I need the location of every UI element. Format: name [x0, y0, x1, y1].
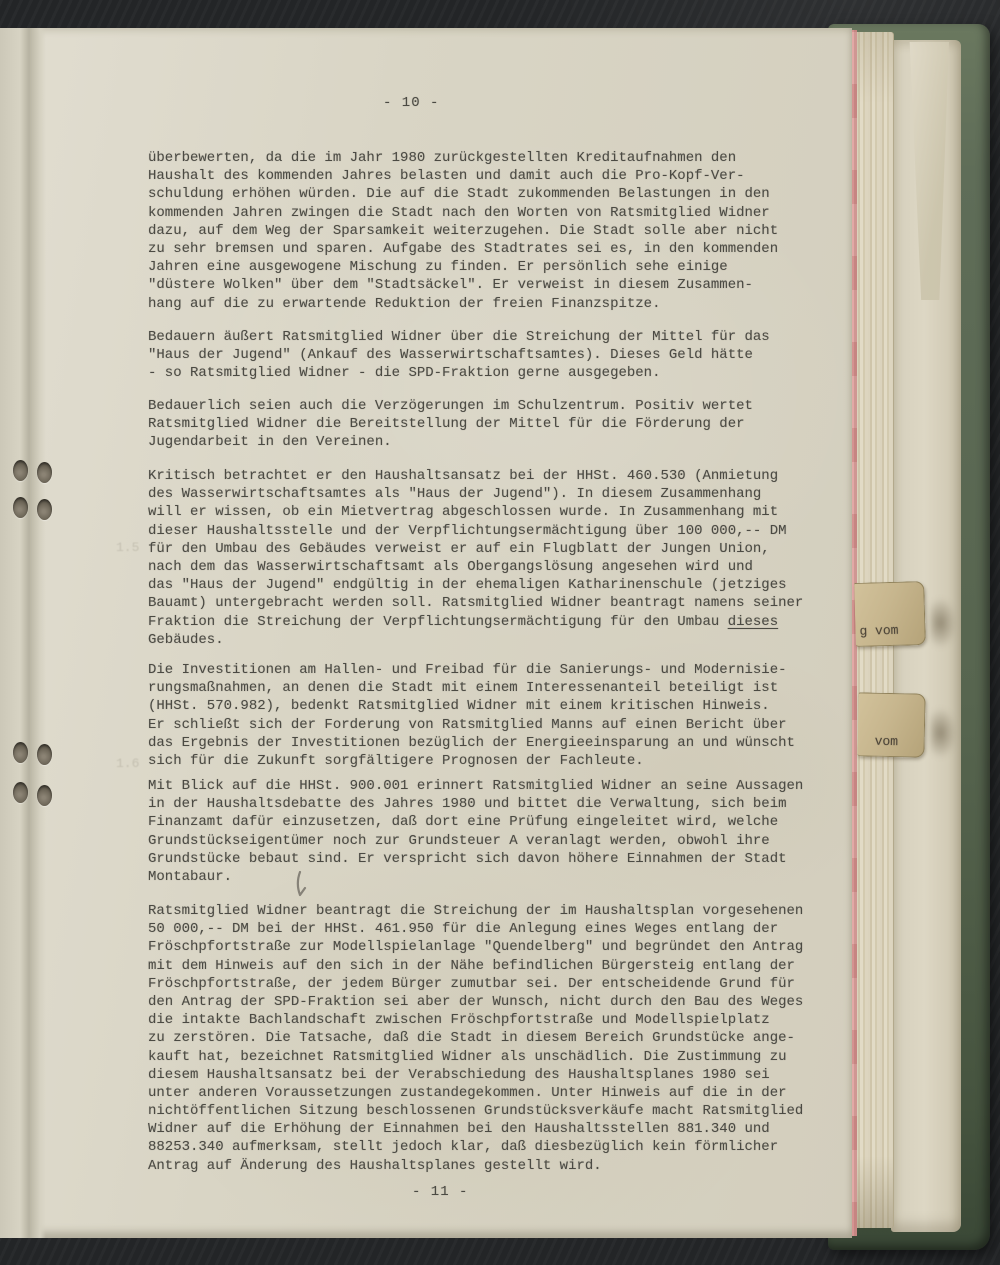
text-line: Grundstücke bebaut sind. Er verspricht s… — [148, 851, 838, 869]
text-line: nach dem das Wasserwirtschaftsamt als Ob… — [148, 559, 838, 577]
paragraph: Bedauern äußert Ratsmitglied Widner über… — [148, 329, 838, 384]
text-line: Antrag auf Änderung des Haushaltsplanes … — [148, 1158, 838, 1176]
text-line: kommenden Jahren zwingen die Stadt nach … — [148, 205, 838, 223]
index-tab: g vom 1980 .VIII — [854, 581, 926, 647]
text-line: - so Ratsmitglied Widner - die SPD-Frakt… — [148, 365, 838, 383]
text-line: das "Haus der Jugend" endgültig in der e… — [148, 577, 838, 595]
text-line: will er wissen, ob ein Mietvertrag abges… — [148, 504, 838, 522]
text-line: (HHSt. 570.982), bedenkt Ratsmitglied Wi… — [148, 698, 838, 716]
text-line: den Antrag der SPD-Fraktion sei aber der… — [148, 994, 838, 1012]
text-line: Jugendarbeit in den Vereinen. — [148, 434, 838, 452]
text-line: 88253.340 aufmerksam, stellt jedoch klar… — [148, 1139, 838, 1157]
typewritten-text: überbewerten, da die im Jahr 1980 zurück… — [0, 28, 852, 1238]
text-line: diesem Haushaltsansatz bei der Verabschi… — [148, 1067, 838, 1085]
text-line: Haushalt des kommenden Jahres belasten u… — [148, 168, 838, 186]
text-line: sich für die Zukunft sorgfältigere Progn… — [148, 753, 838, 771]
index-tab: vom 980 VIII — [857, 692, 925, 757]
text-line: in der Haushaltsdebatte des Jahres 1980 … — [148, 796, 838, 814]
text-line: Fröschpfortstraße zur Modellspielanlage … — [148, 939, 838, 957]
handwritten-pen-mark — [292, 871, 310, 899]
paragraph: Ratsmitglied Widner beantragt die Streic… — [148, 903, 838, 1176]
text-line: des Wasserwirtschaftsamtes als "Haus der… — [148, 486, 838, 504]
text-line: "düstere Wolken" über dem "Stadtsäckel".… — [148, 277, 838, 295]
text-line: zu sehr bremsen und sparen. Aufgabe des … — [148, 241, 838, 259]
text-line: rungsmaßnahmen, an denen die Stadt mit e… — [148, 680, 838, 698]
text-line: unter anderen Voraussetzungen zustandege… — [148, 1085, 838, 1103]
text-line: dieser Haushaltsstelle und der Verpflich… — [148, 523, 838, 541]
text-line: Mit Blick auf die HHSt. 900.001 erinnert… — [148, 778, 838, 796]
text-line: nichtöffentlichen Sitzung beschlossenen … — [148, 1103, 838, 1121]
paragraph: Die Investitionen am Hallen- und Freibad… — [148, 662, 838, 771]
tab-shadow — [930, 708, 956, 758]
text-line: die intakte Bachlandschaft zwischen Frös… — [148, 1012, 838, 1030]
text-line: "Haus der Jugend" (Ankauf des Wasserwirt… — [148, 347, 838, 365]
paragraph: Kritisch betrachtet er den Haushaltsansa… — [148, 468, 838, 650]
text-line: kauft hat, bezeichnet Ratsmitglied Widne… — [148, 1049, 838, 1067]
text-line: überbewerten, da die im Jahr 1980 zurück… — [148, 150, 838, 168]
text-line: Fröschpfortstraße, der jedem Bürger zumu… — [148, 976, 838, 994]
text-line: zu zerstören. Die Tatsache, daß die Stad… — [148, 1030, 838, 1048]
bleed-through-mark: 1.5 — [116, 540, 139, 555]
paragraph: überbewerten, da die im Jahr 1980 zurück… — [148, 150, 838, 314]
bleed-through-mark: 1.6 — [116, 756, 139, 771]
page-number-bottom: - 11 - — [412, 1184, 468, 1200]
tab-shadow — [930, 598, 956, 648]
index-tab-line: vom — [857, 731, 923, 751]
text-line: Fraktion die Streichung der Verpflichtun… — [148, 614, 838, 632]
text-line: Gebäudes. — [148, 632, 838, 650]
text-line: Widner auf die Erhöhung der Einnahmen be… — [148, 1121, 838, 1139]
text-line: Ratsmitglied Widner die Bereitstellung d… — [148, 416, 838, 434]
text-line: das Ergebnis der Investitionen bezüglich… — [148, 735, 838, 753]
paragraph: Mit Blick auf die HHSt. 900.001 erinnert… — [148, 778, 838, 887]
text-line: Die Investitionen am Hallen- und Freibad… — [148, 662, 838, 680]
text-line: 50 000,-- DM bei der HHSt. 461.950 für d… — [148, 921, 838, 939]
text-line: dazu, auf dem Weg der Sparsamkeit weiter… — [148, 223, 838, 241]
text-line: Bedauern äußert Ratsmitglied Widner über… — [148, 329, 838, 347]
scanned-book-photo: { "colors": { "background": "#232527", "… — [0, 0, 1000, 1265]
index-tab-line: g vom — [855, 620, 925, 641]
text-line: Bauamt) untergebracht werden soll. Ratsm… — [148, 595, 838, 613]
paragraph: Bedauerlich seien auch die Verzögerungen… — [148, 398, 838, 453]
document-page: - 10 - überbewerten, da die im Jahr 1980… — [0, 28, 852, 1238]
text-line: für den Umbau des Gebäudes verweist er a… — [148, 541, 838, 559]
text-line: hang auf die zu erwartende Reduktion der… — [148, 296, 838, 314]
text-line: Montabaur. — [148, 869, 838, 887]
text-line: mit dem Hinweis auf den sich in der Nähe… — [148, 958, 838, 976]
text-line: Ratsmitglied Widner beantragt die Streic… — [148, 903, 838, 921]
folded-corner — [901, 42, 949, 300]
text-line: Grundstückseigentümer noch zur Grundsteu… — [148, 833, 838, 851]
text-line: Kritisch betrachtet er den Haushaltsansa… — [148, 468, 838, 486]
text-line: Bedauerlich seien auch die Verzögerungen… — [148, 398, 838, 416]
text-line: schuldung erhöhen würden. Die auf die St… — [148, 186, 838, 204]
text-line: Finanzamt dafür einzusetzen, daß dort ei… — [148, 814, 838, 832]
text-line: Jahren eine ausgewogene Mischung zu find… — [148, 259, 838, 277]
text-line: Er schließt sich der Forderung von Ratsm… — [148, 717, 838, 735]
